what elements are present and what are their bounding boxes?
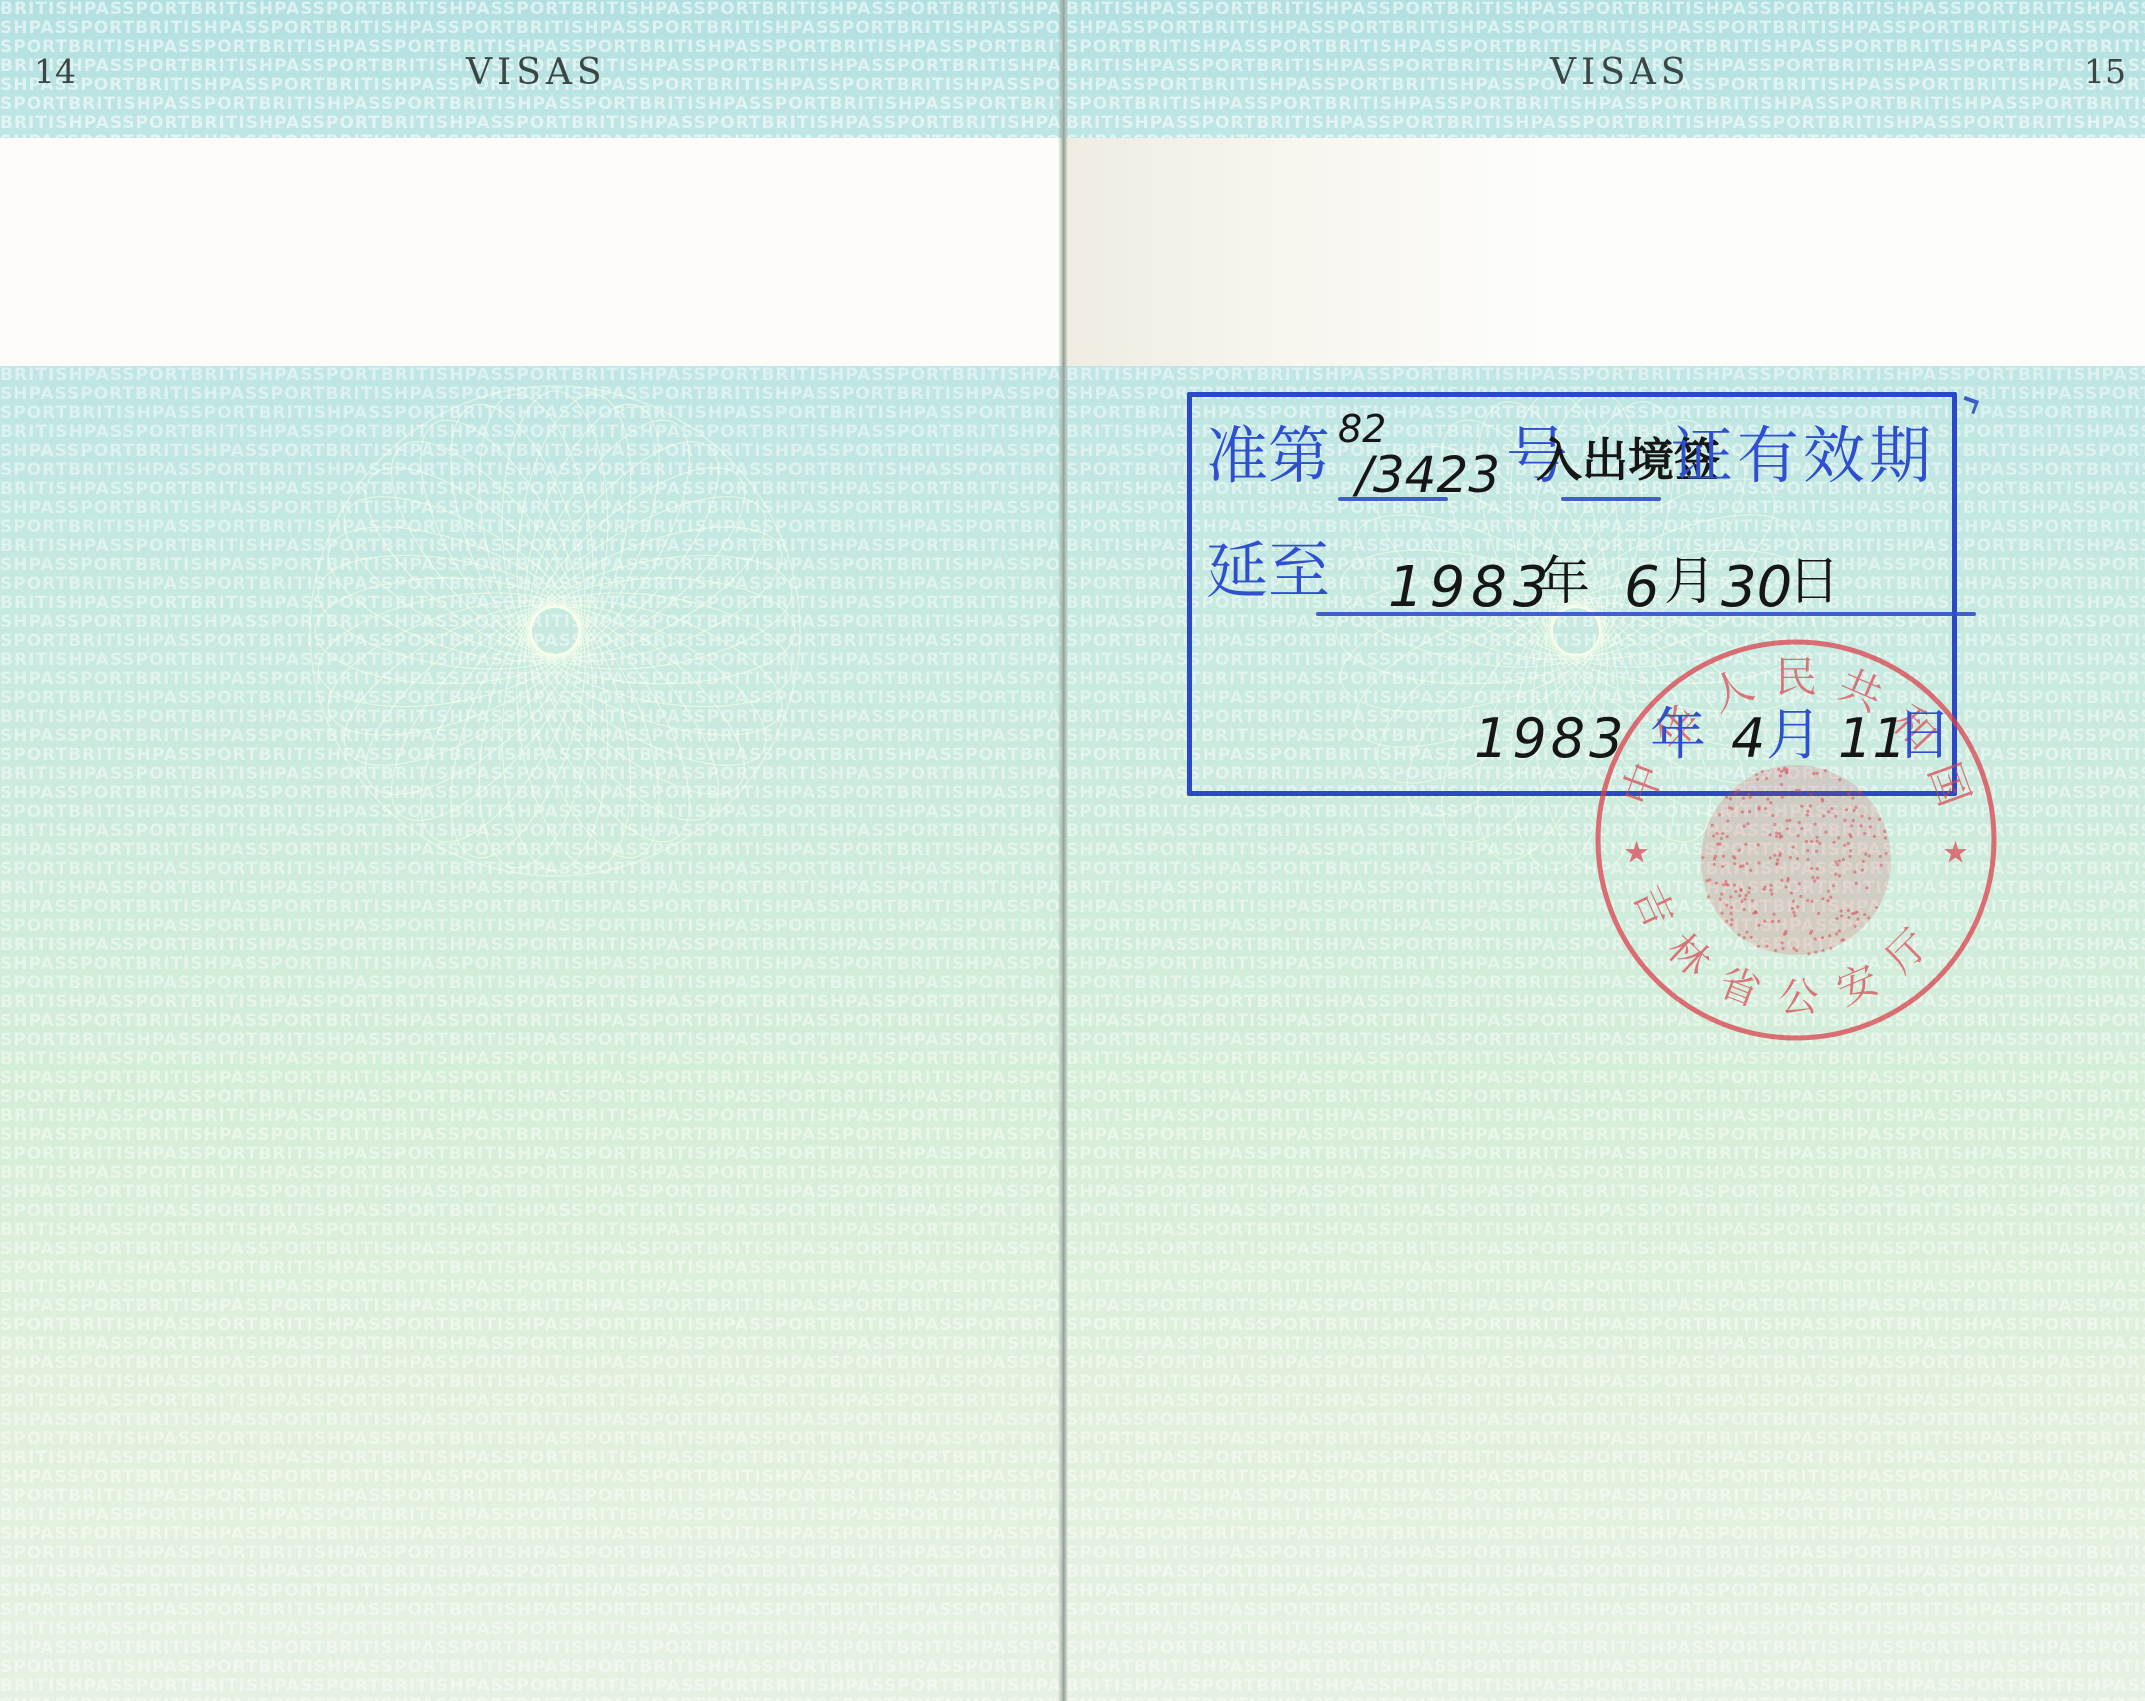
- microtext-pattern: BRITISHPASSPORTBRITISHPASSPORTBRITISHPAS…: [0, 366, 1062, 1701]
- security-pattern-area: BRITISHPASSPORTBRITISHPASSPORTBRITISHPAS…: [0, 366, 1062, 1701]
- white-strip: [0, 138, 1062, 366]
- handwritten-number-prefix: 82: [1338, 410, 1386, 448]
- page-title: VISAS: [466, 52, 607, 93]
- handwritten-issue-month: 4: [1731, 712, 1765, 766]
- right-page: BRITISHPASSPORTBRITISHPASSPORTBRITISHPAS…: [1066, 0, 2145, 1701]
- stamp-printed-text: 证有效期: [1671, 425, 1935, 487]
- stamp-printed-text: 年: [1650, 708, 1706, 764]
- white-strip: [1066, 138, 2145, 366]
- page-title: VISAS: [1550, 52, 1691, 93]
- handwritten-char: 年: [1538, 556, 1590, 608]
- handwritten-expiry-month: 6: [1624, 560, 1660, 616]
- page-number: 15: [2084, 52, 2126, 91]
- handwritten-visa-number: /3423: [1356, 450, 1500, 500]
- handwritten-issue-year: 1983: [1474, 712, 1627, 766]
- left-page: BRITISHPASSPORTBRITISHPASSPORTBRITISHPAS…: [0, 0, 1062, 1701]
- handwritten-char: 日: [1788, 556, 1840, 608]
- stamp-printed-text: 延至: [1206, 540, 1330, 602]
- underline: [1561, 497, 1661, 501]
- handwritten-char: 月: [1664, 556, 1716, 608]
- stamp-printed-text: 准第: [1206, 425, 1330, 487]
- handwritten-expiry-year: 1983: [1388, 560, 1555, 616]
- page-number: 14: [34, 52, 76, 91]
- guilloche-rosette: [285, 376, 825, 886]
- stamp-printed-text: 日: [1896, 708, 1952, 764]
- book-gutter: [1058, 0, 1068, 1701]
- handwritten-expiry-day: 30: [1721, 560, 1792, 616]
- stamp-printed-text: 月: [1766, 708, 1822, 764]
